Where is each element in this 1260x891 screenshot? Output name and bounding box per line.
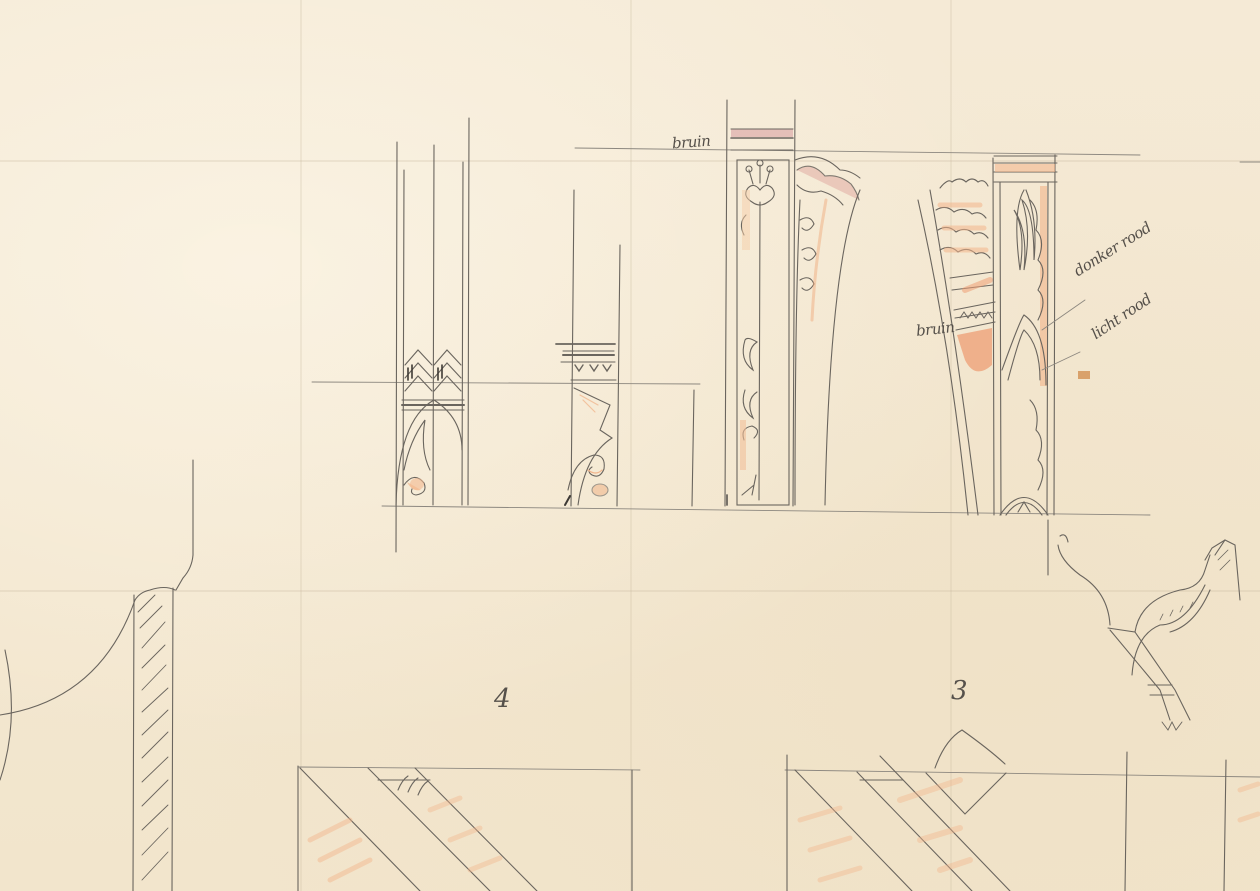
pilaster-fleur xyxy=(725,100,795,506)
capital-annotated xyxy=(993,155,1057,515)
capital-bracket-curve xyxy=(795,157,860,505)
pilaster-corbel xyxy=(556,190,694,506)
capital-perspective xyxy=(918,179,995,515)
pencil-drawing xyxy=(0,0,1260,891)
section-number-4: 4 xyxy=(494,684,511,714)
paint-stain xyxy=(1078,371,1090,379)
pilaster-gothic-arch xyxy=(396,118,469,552)
diagonal-panel-3 xyxy=(787,722,1258,891)
cornice-profile xyxy=(1048,520,1240,720)
note-bruin-top: bruin xyxy=(671,132,711,153)
section-number-3: 3 xyxy=(951,676,968,706)
drawing-sheet: bruin bruin donker rood licht rood 4 3 xyxy=(0,0,1260,891)
annotation-leaders xyxy=(1042,300,1085,370)
diagonal-panel-4 xyxy=(298,766,632,891)
hatched-pilaster-section xyxy=(0,460,193,891)
